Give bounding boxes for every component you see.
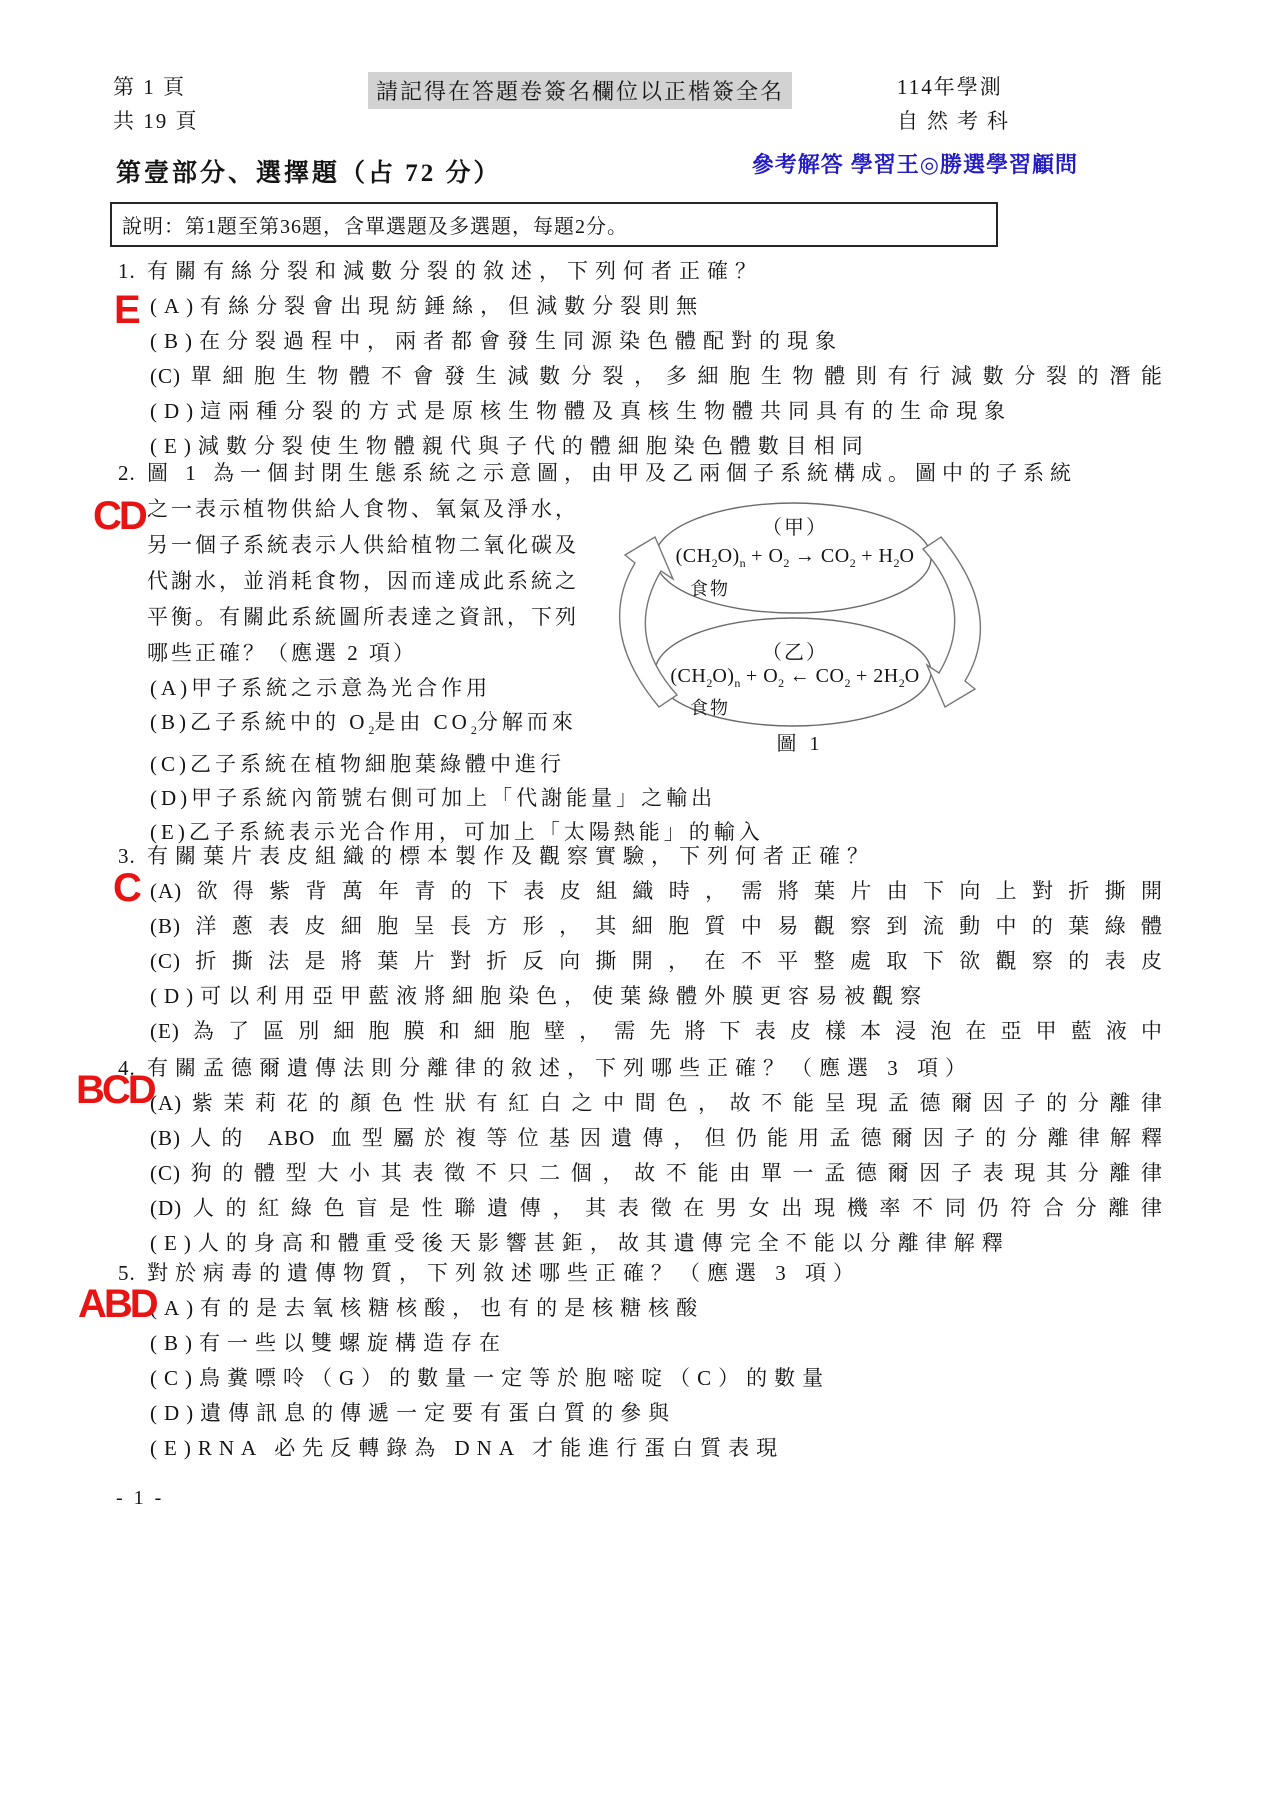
answer-key-q1: E bbox=[114, 290, 138, 330]
instruction-box: 說明：第1題至第36題，含單選題及多選題，每題2分。 bbox=[110, 202, 998, 247]
exam-year: 114年學測 bbox=[897, 70, 1017, 104]
signature-notice: 請記得在答題卷簽名欄位以正楷簽全名 bbox=[368, 72, 792, 109]
stem-text: 有關有絲分裂和減數分裂的敘述，下列何者正確？ bbox=[147, 259, 763, 283]
page-number: 第 1 頁 bbox=[113, 70, 199, 104]
question-stem: 4.有關孟德爾遺傳法則分離律的敘述，下列哪些正確？（應選 3 項） bbox=[113, 1050, 1218, 1086]
option-e: (E)為了區別細胞膜和細胞壁，需先將下表皮樣本浸泡在亞甲藍液中 bbox=[150, 1014, 1163, 1049]
option-d: (D)甲子系統內箭號右側可加上「代謝能量」之輸出 bbox=[150, 781, 1218, 815]
question-stem: 3.有關葉片表皮組織的標本製作及觀察實驗，下列何者正確？ bbox=[113, 838, 1218, 874]
option-c: (C)狗的體型大小其表徵不只二個，故不能由單一孟德爾因子表現其分離律 bbox=[150, 1156, 1163, 1191]
food-label-top: 食物 bbox=[690, 575, 730, 601]
option-a: (A)有絲分裂會出現紡錘絲，但減數分裂則無 bbox=[150, 289, 1218, 324]
option-d: (D)這兩種分裂的方式是原核生物體及真核生物體共同具有的生命現象 bbox=[150, 394, 1218, 429]
options-list: (A)紫茉莉花的顏色性狀有紅白之中間色，故不能呈現孟德爾因子的分離律 (B)人的… bbox=[150, 1086, 1218, 1261]
option-d: (D)可以利用亞甲藍液將細胞染色，使葉綠體外膜更容易被觀察 bbox=[150, 979, 1218, 1014]
option-a: (A)紫茉莉花的顏色性狀有紅白之中間色，故不能呈現孟德爾因子的分離律 bbox=[150, 1086, 1163, 1121]
page-number-block: 第 1 頁 共 19 頁 bbox=[113, 70, 199, 138]
answer-key-q4: BCD bbox=[76, 1070, 154, 1110]
figure-ecosystem-diagram: （甲） (CH2O)n + O2 → CO2 + H2O 食物 （乙） (CH2… bbox=[595, 495, 1005, 727]
stem-text: 有關孟德爾遺傳法則分離律的敘述，下列哪些正確？（應選 3 項） bbox=[147, 1056, 973, 1080]
option-a: (A)有的是去氧核糖核酸，也有的是核糖核酸 bbox=[150, 1291, 1218, 1326]
option-c: (C)折撕法是將葉片對折反向撕開，在不平整處取下欲觀察的表皮 bbox=[150, 944, 1163, 979]
page-total: 共 19 頁 bbox=[113, 104, 199, 138]
question-stem: 2.圖 1 為一個封閉生態系統之示意圖，由甲及乙兩個子系統構成。圖中的子系統 bbox=[113, 455, 1218, 491]
option-b: (B)洋蔥表皮細胞呈長方形，其細胞質中易觀察到流動中的葉綠體 bbox=[150, 909, 1163, 944]
subsystem-yi-label: （乙） bbox=[650, 636, 940, 665]
section-title: 第壹部分、選擇題（占 72 分） bbox=[116, 153, 502, 189]
options-list: (A)有的是去氧核糖核酸，也有的是核糖核酸 (B)有一些以雙螺旋構造存在 (C)… bbox=[150, 1291, 1218, 1466]
figure-caption: 圖 1 bbox=[595, 727, 1005, 756]
question-5: ABD 5.對於病毒的遺傳物質，下列敘述哪些正確？（應選 3 項） (A)有的是… bbox=[113, 1255, 1218, 1466]
options-list: (A)有絲分裂會出現紡錘絲，但減數分裂則無 (B)在分裂過程中，兩者都會發生同源… bbox=[150, 289, 1218, 464]
option-b: (B)有一些以雙螺旋構造存在 bbox=[150, 1326, 1218, 1361]
option-c: (C)鳥糞嘌呤（G）的數量一定等於胞嘧啶（C）的數量 bbox=[150, 1361, 1218, 1396]
option-a: (A)欲得紫背萬年青的下表皮組織時，需將葉片由下向上對折撕開 bbox=[150, 874, 1163, 909]
options-list: (A)欲得紫背萬年青的下表皮組織時，需將葉片由下向上對折撕開 (B)洋蔥表皮細胞… bbox=[150, 874, 1218, 1049]
answer-key-q5: ABD bbox=[78, 1284, 156, 1324]
respiration-equation: (CH2O)n + O2 ← CO2 + 2H2O bbox=[650, 665, 940, 691]
exam-id-block: 114年學測 自然考科 bbox=[897, 70, 1017, 138]
exam-subject: 自然考科 bbox=[897, 104, 1017, 138]
stem-text: 有關葉片表皮組織的標本製作及觀察實驗，下列何者正確？ bbox=[147, 844, 875, 868]
answer-key-q2: CD bbox=[93, 496, 145, 536]
solution-credit-watermark: 參考解答 學習王◎勝選學習顧問 bbox=[752, 148, 1078, 179]
stem-text: 對於病毒的遺傳物質，下列敘述哪些正確？（應選 3 項） bbox=[147, 1261, 861, 1285]
question-3: C 3.有關葉片表皮組織的標本製作及觀察實驗，下列何者正確？ (A)欲得紫背萬年… bbox=[113, 838, 1218, 1049]
stem-text: 圖 1 為一個封閉生態系統之示意圖，由甲及乙兩個子系統構成。圖中的子系統 bbox=[147, 461, 1077, 485]
answer-key-q3: C bbox=[113, 868, 139, 908]
question-2: CD 2.圖 1 為一個封閉生態系統之示意圖，由甲及乙兩個子系統構成。圖中的子系… bbox=[113, 455, 1218, 849]
option-d: (D)遺傳訊息的傳遞一定要有蛋白質的參與 bbox=[150, 1396, 1218, 1431]
question-stem: 1.有關有絲分裂和減數分裂的敘述，下列何者正確？ bbox=[113, 253, 1218, 289]
question-number: 2. bbox=[118, 455, 147, 491]
option-e: (E)RNA 必先反轉錄為 DNA 才能進行蛋白質表現 bbox=[150, 1431, 1218, 1466]
question-4: BCD 4.有關孟德爾遺傳法則分離律的敘述，下列哪些正確？（應選 3 項） (A… bbox=[113, 1050, 1218, 1261]
option-b: (B)人的 ABO 血型屬於複等位基因遺傳，但仍能用孟德爾因子的分離律解釋 bbox=[150, 1121, 1163, 1156]
exam-page: 第 1 頁 共 19 頁 請記得在答題卷簽名欄位以正楷簽全名 114年學測 自然… bbox=[0, 0, 1280, 1810]
photosynthesis-equation: (CH2O)n + O2 → CO2 + H2O bbox=[650, 545, 940, 571]
page-footer: - 1 - bbox=[116, 1487, 164, 1510]
question-1: E 1.有關有絲分裂和減數分裂的敘述，下列何者正確？ (A)有絲分裂會出現紡錘絲… bbox=[113, 253, 1218, 464]
question-stem: 5.對於病毒的遺傳物質，下列敘述哪些正確？（應選 3 項） bbox=[113, 1255, 1218, 1291]
option-d: (D)人的紅綠色盲是性聯遺傳，其表徵在男女出現機率不同仍符合分離律 bbox=[150, 1191, 1163, 1226]
question-number: 1. bbox=[118, 253, 147, 289]
subsystem-jia-label: （甲） bbox=[650, 511, 940, 540]
option-b: (B)在分裂過程中，兩者都會發生同源染色體配對的現象 bbox=[150, 324, 1218, 359]
option-c: (C)單細胞生物體不會發生減數分裂，多細胞生物體則有行減數分裂的潛能 bbox=[150, 359, 1163, 394]
food-label-bottom: 食物 bbox=[690, 694, 730, 720]
